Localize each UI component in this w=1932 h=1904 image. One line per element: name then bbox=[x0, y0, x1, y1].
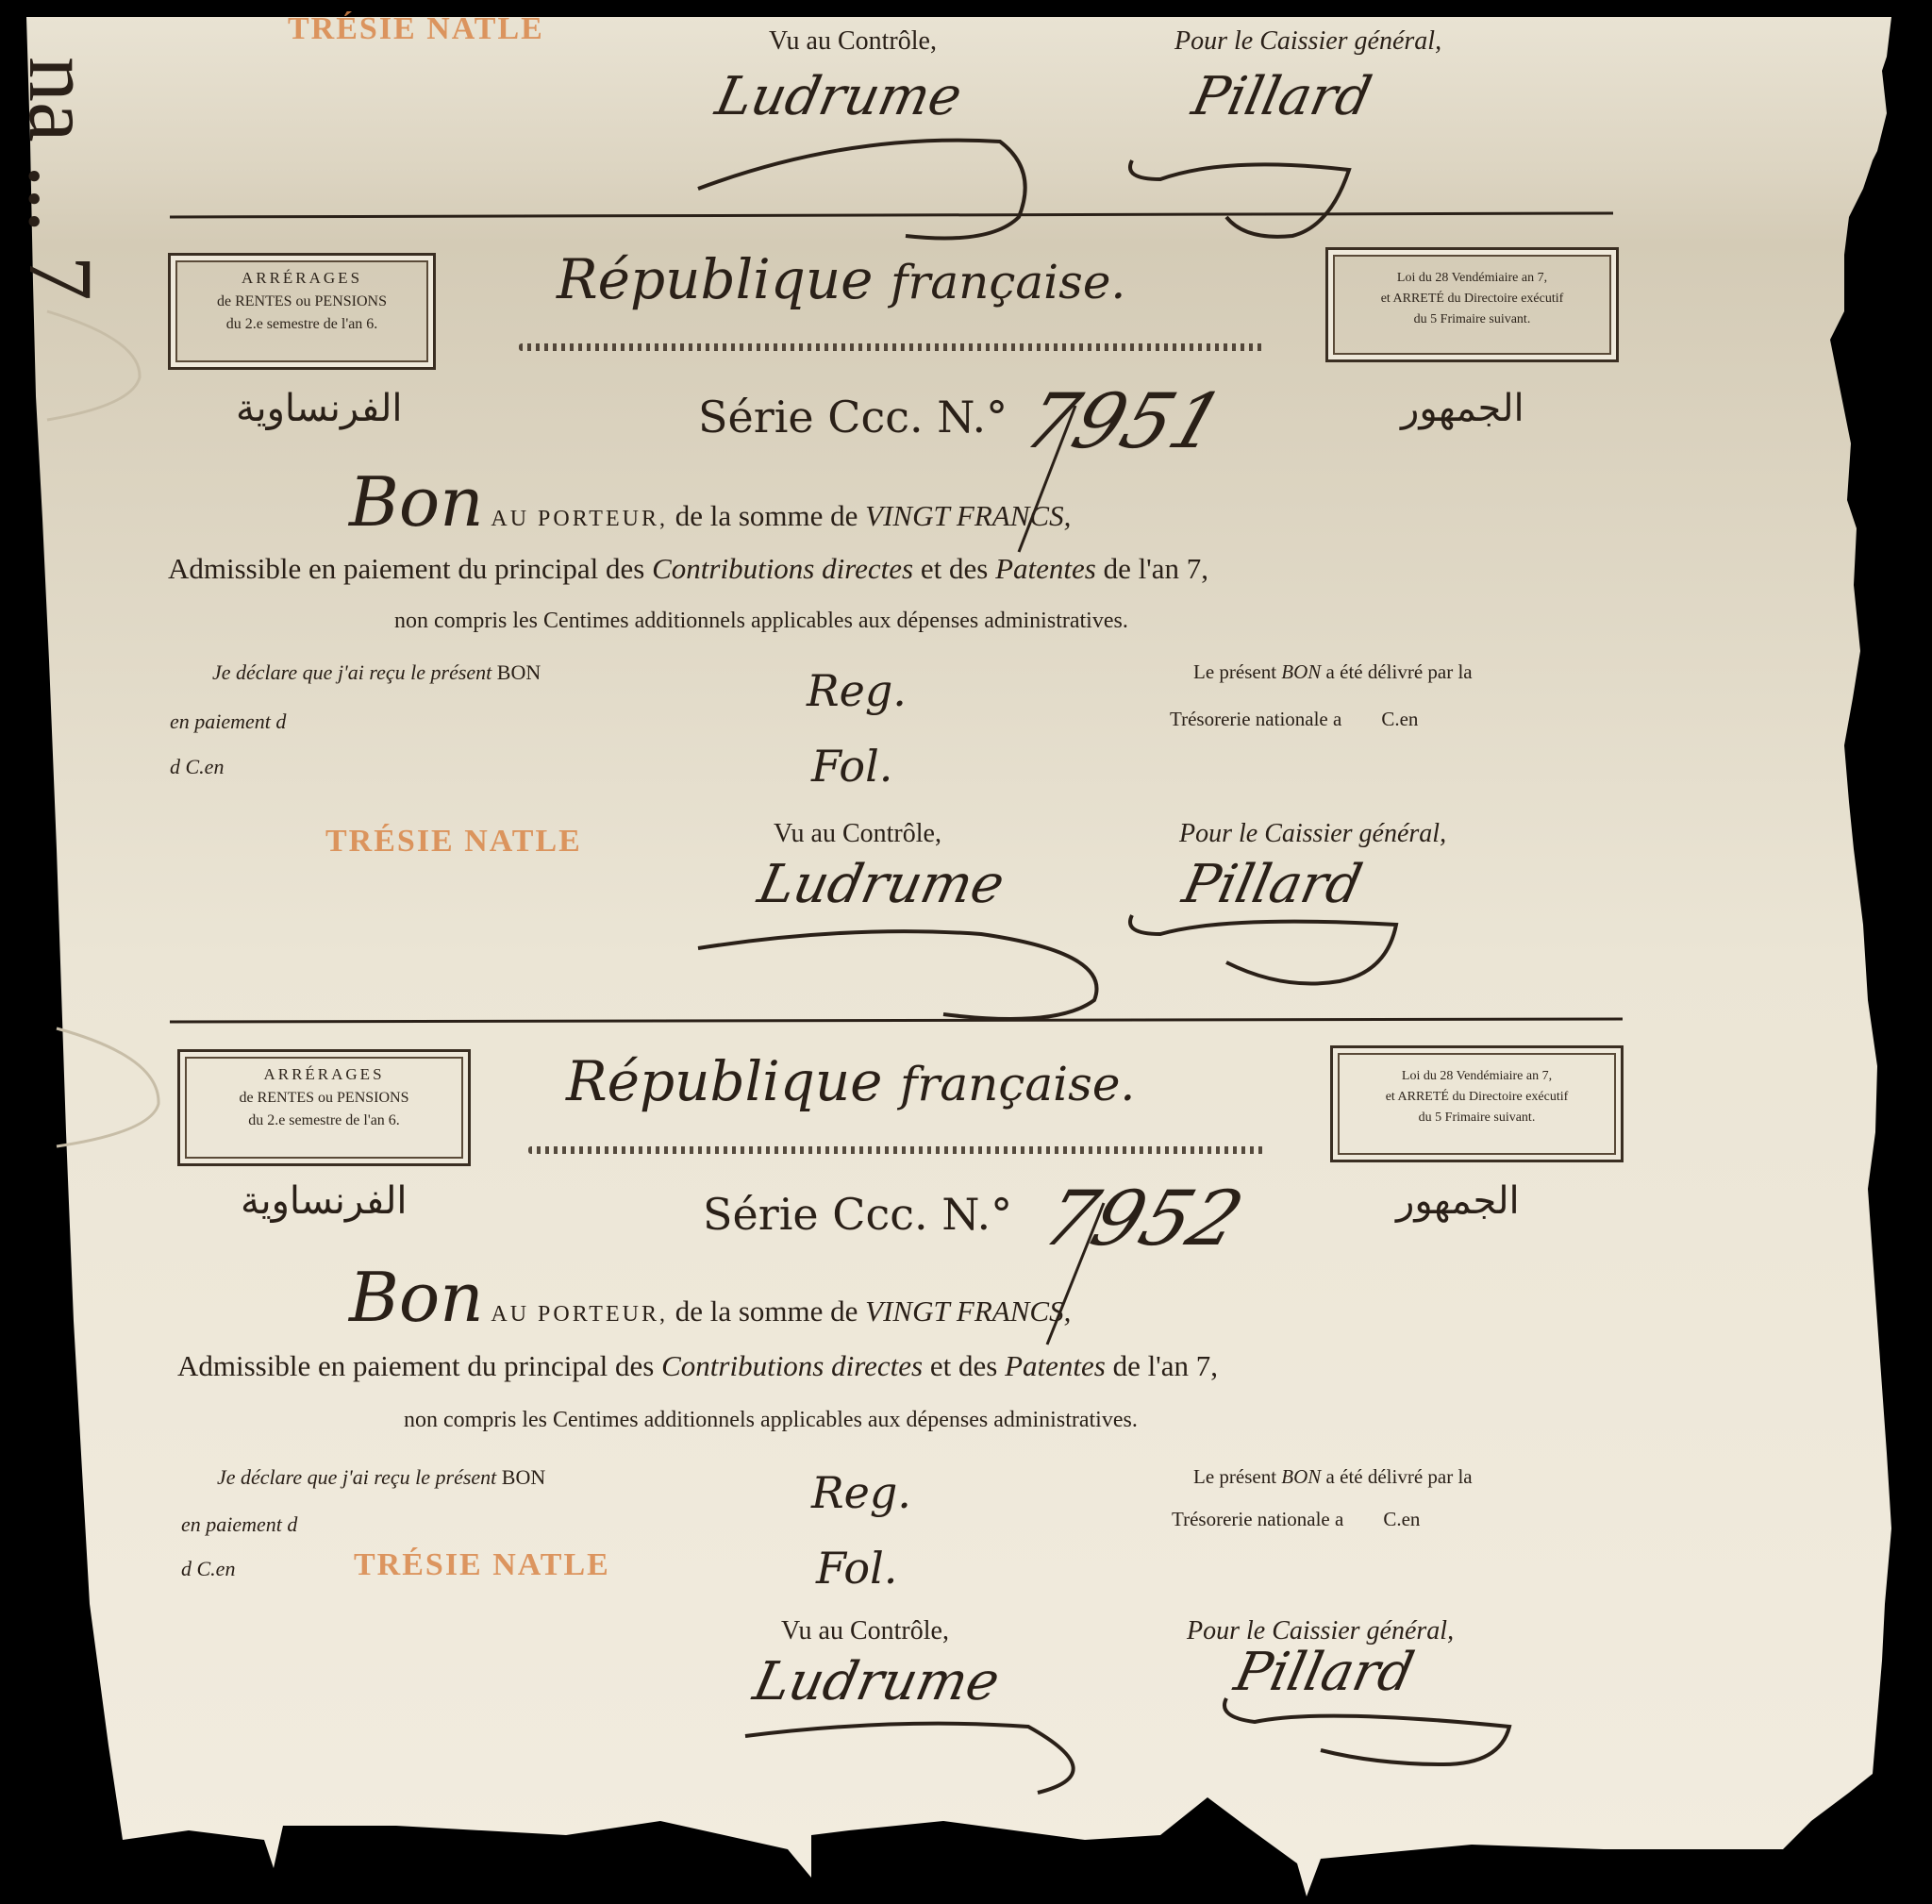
declaration-bon: BON bbox=[502, 1465, 545, 1489]
delivre-line-1: Le présent BON a été délivré par la bbox=[1193, 1465, 1473, 1489]
delivre-text-2: a été délivré par la bbox=[1326, 1465, 1473, 1488]
admissible-text: Admissible en paiement du principal des bbox=[168, 552, 644, 585]
delivre-text-2: a été délivré par la bbox=[1326, 660, 1473, 683]
republique-title: République française. bbox=[557, 247, 1125, 311]
serial-number: 7951 bbox=[1014, 377, 1235, 465]
reg-label: Reg. bbox=[811, 1467, 911, 1518]
de-lan-7: de l'an 7, bbox=[1113, 1349, 1218, 1382]
loi-line-3: du 5 Frimaire suivant. bbox=[1333, 1111, 1621, 1126]
loi-line-1: Loi du 28 Vendémiaire an 7, bbox=[1333, 1069, 1621, 1084]
et-des: et des bbox=[921, 552, 988, 585]
wavy-rule bbox=[528, 1146, 1264, 1154]
title-republique: République bbox=[566, 1049, 883, 1113]
rentes-pensions: de RENTES ou PENSIONS bbox=[171, 293, 433, 310]
patentes: Patentes bbox=[995, 552, 1096, 585]
treasury-stamp: TRÉSIE NATLE bbox=[288, 11, 544, 47]
amount: VINGT FRANCS, bbox=[865, 1294, 1071, 1328]
republique-title: République française. bbox=[566, 1049, 1135, 1113]
vu-au-controle-label: Vu au Contrôle, bbox=[769, 26, 937, 57]
signature-controle: Ludrume bbox=[710, 66, 967, 127]
arabic-right: الجمهور bbox=[1396, 1179, 1520, 1223]
admissible-text: Admissible en paiement du principal des bbox=[177, 1349, 654, 1382]
arabic-left: الفرنساوية bbox=[241, 1179, 408, 1223]
fol-label: Fol. bbox=[811, 741, 892, 792]
caissier-label: Pour le Caissier général, bbox=[1174, 26, 1441, 57]
fol-label: Fol. bbox=[816, 1543, 897, 1594]
serie-label: Série Ccc. N.° bbox=[703, 1189, 1012, 1240]
declaration-line-2: en paiement d bbox=[170, 710, 286, 734]
non-compris-line: non compris les Centimes additionnels ap… bbox=[404, 1408, 1138, 1433]
signature-caissier: Pillard bbox=[1187, 66, 1376, 127]
title-republique: République bbox=[557, 247, 874, 311]
arrerages-heading: ARRÉRAGES bbox=[180, 1065, 468, 1084]
semestre-line: du 2.e semestre de l'an 6. bbox=[171, 316, 433, 333]
de-la-somme: de la somme de bbox=[675, 1294, 858, 1328]
delivre-line-2: Trésorerie nationale a C.en bbox=[1170, 708, 1418, 731]
signature-caissier: Pillard bbox=[1177, 854, 1367, 915]
bon-line: Bon AU PORTEUR, de la somme de VINGT FRA… bbox=[349, 1258, 1071, 1337]
vu-au-controle-label: Vu au Contrôle, bbox=[781, 1616, 949, 1646]
signature-controle: Ludrume bbox=[753, 854, 1009, 915]
arrerages-box: ARRÉRAGES de RENTES ou PENSIONS du 2.e s… bbox=[168, 253, 436, 370]
arabic-left: الفرنساوية bbox=[236, 387, 403, 430]
serial-number: 7952 bbox=[1033, 1175, 1254, 1262]
vu-au-controle-label: Vu au Contrôle, bbox=[774, 819, 941, 849]
contributions-directes: Contributions directes bbox=[661, 1349, 923, 1382]
loi-line-1: Loi du 28 Vendémiaire an 7, bbox=[1328, 271, 1616, 286]
et-des: et des bbox=[930, 1349, 997, 1382]
wavy-rule bbox=[519, 343, 1264, 351]
delivre-text: Le présent bbox=[1193, 1465, 1276, 1488]
treasury-stamp: TRÉSIE NATLE bbox=[354, 1547, 610, 1583]
caissier-label: Pour le Caissier général, bbox=[1179, 819, 1446, 849]
loi-line-2: et ARRETÉ du Directoire exécutif bbox=[1333, 1090, 1621, 1105]
delivre-bon: BON bbox=[1281, 1465, 1321, 1488]
declaration-bon: BON bbox=[497, 660, 541, 684]
bon-word: Bon bbox=[349, 1258, 484, 1337]
loi-line-3: du 5 Frimaire suivant. bbox=[1328, 312, 1616, 327]
delivre-text: Le présent bbox=[1193, 660, 1276, 683]
declaration-line-1: Je déclare que j'ai reçu le présent BON bbox=[217, 1465, 545, 1490]
de-lan-7: de l'an 7, bbox=[1104, 552, 1208, 585]
arabic-right: الجمهور bbox=[1401, 387, 1524, 430]
rentes-pensions: de RENTES ou PENSIONS bbox=[180, 1090, 468, 1107]
declaration-text: Je déclare que j'ai reçu le présent bbox=[217, 1465, 496, 1489]
arrerages-box: ARRÉRAGES de RENTES ou PENSIONS du 2.e s… bbox=[177, 1049, 471, 1166]
declaration-line-3: d C.en bbox=[170, 755, 224, 779]
treasury-stamp: TRÉSIE NATLE bbox=[325, 824, 582, 860]
declaration-line-1: Je déclare que j'ai reçu le présent BON bbox=[212, 660, 541, 685]
amount: VINGT FRANCS, bbox=[865, 499, 1071, 532]
document-sheet: na ... 7 TRÉSIE NATLE Vu au Contrôle, Po… bbox=[0, 0, 1932, 1904]
non-compris-line: non compris les Centimes additionnels ap… bbox=[394, 609, 1128, 634]
reg-label: Reg. bbox=[807, 665, 907, 716]
patentes: Patentes bbox=[1005, 1349, 1106, 1382]
edge-vertical-text: na ... 7 bbox=[8, 57, 113, 301]
signature-caissier: Pillard bbox=[1229, 1642, 1419, 1703]
admissible-line: Admissible en paiement du principal des … bbox=[168, 552, 1208, 586]
delivre-line-1: Le présent BON a été délivré par la bbox=[1193, 660, 1473, 684]
bon-line: Bon AU PORTEUR, de la somme de VINGT FRA… bbox=[349, 462, 1071, 542]
au-porteur: AU PORTEUR, bbox=[491, 1302, 668, 1327]
declaration-text: Je déclare que j'ai reçu le présent bbox=[212, 660, 491, 684]
loi-box: Loi du 28 Vendémiaire an 7, et ARRETÉ du… bbox=[1325, 247, 1619, 362]
delivre-bon: BON bbox=[1281, 660, 1321, 683]
de-la-somme: de la somme de bbox=[675, 499, 858, 532]
au-porteur: AU PORTEUR, bbox=[491, 507, 668, 531]
title-francaise: française. bbox=[900, 1057, 1135, 1111]
serie-label: Série Ccc. N.° bbox=[698, 392, 1008, 443]
delivre-line-2: Trésorerie nationale a C.en bbox=[1172, 1508, 1420, 1531]
signature-controle: Ludrume bbox=[748, 1651, 1005, 1712]
arrerages-heading: ARRÉRAGES bbox=[171, 269, 433, 288]
title-francaise: française. bbox=[891, 255, 1125, 309]
admissible-line: Admissible en paiement du principal des … bbox=[177, 1349, 1218, 1383]
declaration-line-2: en paiement d bbox=[181, 1512, 297, 1537]
bon-word: Bon bbox=[349, 462, 484, 542]
declaration-line-3: d C.en bbox=[181, 1557, 235, 1581]
loi-line-2: et ARRETÉ du Directoire exécutif bbox=[1328, 292, 1616, 307]
loi-box: Loi du 28 Vendémiaire an 7, et ARRETÉ du… bbox=[1330, 1045, 1624, 1162]
contributions-directes: Contributions directes bbox=[652, 552, 913, 585]
semestre-line: du 2.e semestre de l'an 6. bbox=[180, 1112, 468, 1129]
